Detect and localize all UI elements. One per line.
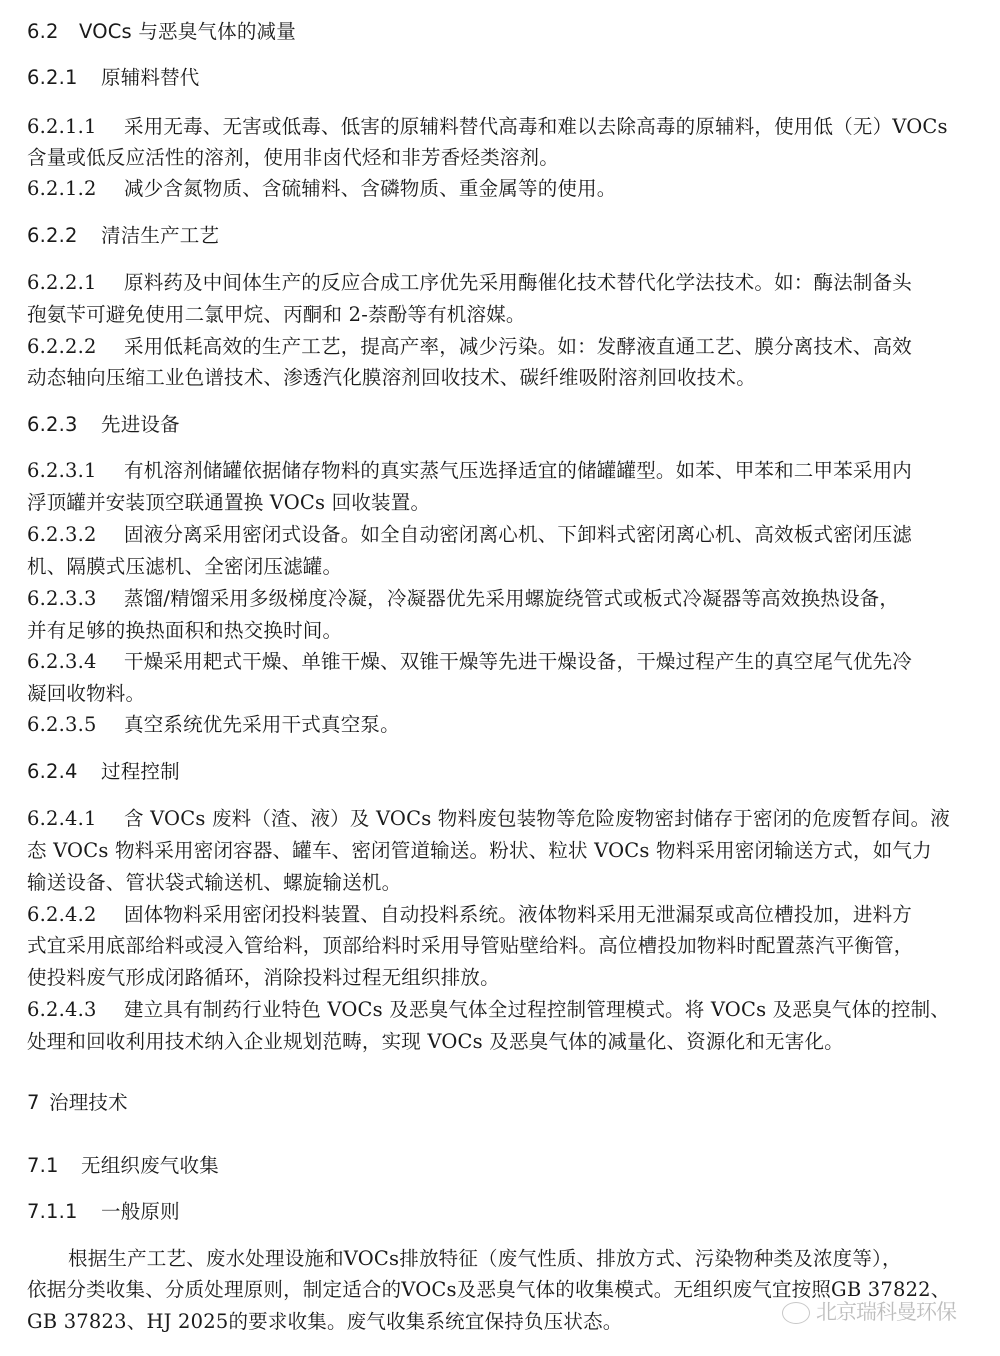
clause-text: 原料药及中间体生产的反应合成工序优先采用酶催化技术替代化学法技术。如：酶法制备头	[124, 271, 912, 294]
paragraph-6-2-1-1-line1: 6.2.1.1采用无毒、无害或低毒、低害的原辅料替代高毒和难以去除高毒的原辅料，…	[27, 117, 948, 137]
watermark-text: 北京瑞科曼环保	[816, 1300, 956, 1324]
clause-number: 6.2.3.5	[27, 715, 124, 735]
paragraph-6-2-4-1-line3: 输送设备、管状袋式输送机、螺旋输送机。	[27, 873, 401, 893]
clause-text: 有机溶剂储罐依据储存物料的真实蒸气压选择适宜的储罐罐型。如苯、甲苯和二甲苯采用内	[124, 459, 912, 482]
paragraph-6-2-4-3-line1: 6.2.4.3建立具有制药行业特色 VOCs 及恶臭气体全过程控制管理模式。将 …	[27, 1000, 950, 1020]
heading-6-2-3: 6.2.3先进设备	[27, 415, 180, 435]
paragraph-6-2-2-1-line1: 6.2.2.1原料药及中间体生产的反应合成工序优先采用酶催化技术替代化学法技术。…	[27, 273, 912, 293]
clause-number: 6.2.3.2	[27, 525, 124, 545]
clause-number: 6.2.3.3	[27, 589, 124, 609]
paragraph-6-2-4-2-line1: 6.2.4.2固体物料采用密闭投料装置、自动投料系统。液体物料采用无泄漏泵或高位…	[27, 905, 912, 925]
paragraph-6-2-1-2: 6.2.1.2减少含氮物质、含硫辅料、含磷物质、重金属等的使用。	[27, 179, 617, 199]
heading-number: 6.2.1	[27, 68, 101, 88]
paragraph-6-2-3-1-line1: 6.2.3.1有机溶剂储罐依据储存物料的真实蒸气压选择适宜的储罐罐型。如苯、甲苯…	[27, 461, 912, 481]
clause-number: 6.2.4.1	[27, 809, 124, 829]
clause-number: 6.2.1.1	[27, 117, 124, 137]
paragraph-6-2-3-4-line1: 6.2.3.4干燥采用耙式干燥、单锥干燥、双锥干燥等先进干燥设备，干燥过程产生的…	[27, 652, 912, 672]
paragraph-6-2-4-3-line2: 处理和回收利用技术纳入企业规划范畴，实现 VOCs 及恶臭气体的减量化、资源化和…	[27, 1032, 844, 1052]
heading-7: 7治理技术	[27, 1093, 128, 1113]
clause-text: 干燥采用耙式干燥、单锥干燥、双锥干燥等先进干燥设备，干燥过程产生的真空尾气优先冷	[124, 650, 912, 673]
heading-title: 一般原则	[101, 1200, 180, 1223]
clause-text: 真空系统优先采用干式真空泵。	[124, 713, 400, 736]
paragraph-6-2-3-5: 6.2.3.5真空系统优先采用干式真空泵。	[27, 715, 400, 735]
clause-number: 6.2.2.2	[27, 337, 124, 357]
clause-text: 固液分离采用密闭式设备。如全自动密闭离心机、下卸料式密闭离心机、高效板式密闭压滤	[124, 523, 912, 546]
paragraph-6-2-3-1-line2: 浮顶罐并安装顶空联通置换 VOCs 回收装置。	[27, 493, 430, 513]
clause-number: 6.2.3.1	[27, 461, 124, 481]
wechat-icon	[782, 1302, 810, 1324]
clause-number: 6.2.4.2	[27, 905, 124, 925]
heading-6-2-1: 6.2.1原辅料替代	[27, 68, 200, 88]
clause-number: 6.2.1.2	[27, 179, 124, 199]
heading-title: 原辅料替代	[101, 66, 200, 89]
clause-text: 建立具有制药行业特色 VOCs 及恶臭气体全过程控制管理模式。将 VOCs 及恶…	[124, 998, 950, 1021]
watermark: 北京瑞科曼环保	[782, 1296, 956, 1326]
paragraph-6-2-4-1-line2: 态 VOCs 物料采用密闭容器、罐车、密闭管道输送。粉状、粒状 VOCs 物料采…	[27, 841, 932, 861]
clause-number: 6.2.2.1	[27, 273, 124, 293]
paragraph-6-2-2-2-line1: 6.2.2.2采用低耗高效的生产工艺，提高产率，减少污染。如：发酵液直通工艺、膜…	[27, 337, 912, 357]
clause-number: 6.2.4.3	[27, 1000, 124, 1020]
clause-text: 含 VOCs 废料（渣、液）及 VOCs 物料废包装物等危险废物密封储存于密闭的…	[124, 807, 950, 830]
paragraph-6-2-3-3-line2: 并有足够的换热面积和热交换时间。	[27, 621, 342, 641]
heading-7-1: 7.1无组织废气收集	[27, 1156, 219, 1176]
paragraph-6-2-2-2-line2: 动态轴向压缩工业色谱技术、渗透汽化膜溶剂回收技术、碳纤维吸附溶剂回收技术。	[27, 368, 756, 388]
paragraph-6-2-3-2-line2: 机、隔膜式压滤机、全密闭压滤罐。	[27, 557, 342, 577]
heading-number: 6.2.4	[27, 762, 101, 782]
heading-number: 6.2.3	[27, 415, 101, 435]
paragraph-7-1-1-line1: 根据生产工艺、废水处理设施和VOCs排放特征（废气性质、排放方式、污染物种类及浓…	[68, 1249, 902, 1269]
clause-text: 减少含氮物质、含硫辅料、含磷物质、重金属等的使用。	[124, 177, 617, 200]
paragraph-6-2-1-1-line2: 含量或低反应活性的溶剂，使用非卤代烃和非芳香烃类溶剂。	[27, 148, 559, 168]
clause-text: 采用无毒、无害或低毒、低害的原辅料替代高毒和难以去除高毒的原辅料，使用低（无）V…	[124, 115, 948, 138]
heading-6-2-2: 6.2.2清洁生产工艺	[27, 226, 219, 246]
paragraph-7-1-1-line3: GB 37823、HJ 2025的要求收集。废气收集系统宜保持负压状态。	[27, 1312, 623, 1332]
heading-6-2-4: 6.2.4过程控制	[27, 762, 180, 782]
clause-text: 固体物料采用密闭投料装置、自动投料系统。液体物料采用无泄漏泵或高位槽投加，进料方	[124, 903, 912, 926]
heading-title: VOCs 与恶臭气体的减量	[79, 20, 296, 43]
paragraph-6-2-3-4-line2: 凝回收物料。	[27, 684, 145, 704]
heading-number: 7.1	[27, 1156, 81, 1176]
heading-number: 7.1.1	[27, 1202, 101, 1222]
heading-7-1-1: 7.1.1一般原则	[27, 1202, 180, 1222]
paragraph-6-2-2-1-line2: 孢氨苄可避免使用二氯甲烷、丙酮和 2-萘酚等有机溶媒。	[27, 305, 526, 325]
heading-number: 6.2	[27, 22, 79, 42]
clause-text: 蒸馏/精馏采用多级梯度冷凝，冷凝器优先采用螺旋绕管式或板式冷凝器等高效换热设备，	[124, 587, 899, 610]
clause-text: 采用低耗高效的生产工艺，提高产率，减少污染。如：发酵液直通工艺、膜分离技术、高效	[124, 335, 912, 358]
heading-title: 清洁生产工艺	[101, 224, 219, 247]
paragraph-6-2-3-2-line1: 6.2.3.2固液分离采用密闭式设备。如全自动密闭离心机、下卸料式密闭离心机、高…	[27, 525, 912, 545]
heading-title: 先进设备	[101, 413, 180, 436]
heading-6-2: 6.2VOCs 与恶臭气体的减量	[27, 22, 296, 42]
heading-number: 7	[27, 1093, 49, 1113]
clause-number: 6.2.3.4	[27, 652, 124, 672]
paragraph-6-2-3-3-line1: 6.2.3.3蒸馏/精馏采用多级梯度冷凝，冷凝器优先采用螺旋绕管式或板式冷凝器等…	[27, 589, 899, 609]
heading-title: 治理技术	[49, 1091, 128, 1114]
paragraph-6-2-4-1-line1: 6.2.4.1含 VOCs 废料（渣、液）及 VOCs 物料废包装物等危险废物密…	[27, 809, 950, 829]
heading-number: 6.2.2	[27, 226, 101, 246]
heading-title: 无组织废气收集	[81, 1154, 219, 1177]
paragraph-6-2-4-2-line2: 式宜采用底部给料或浸入管给料，顶部给料时采用导管贴壁给料。高位槽投加物料时配置蒸…	[27, 936, 914, 956]
heading-title: 过程控制	[101, 760, 180, 783]
paragraph-6-2-4-2-line3: 使投料废气形成闭路循环，消除投料过程无组织排放。	[27, 968, 500, 988]
